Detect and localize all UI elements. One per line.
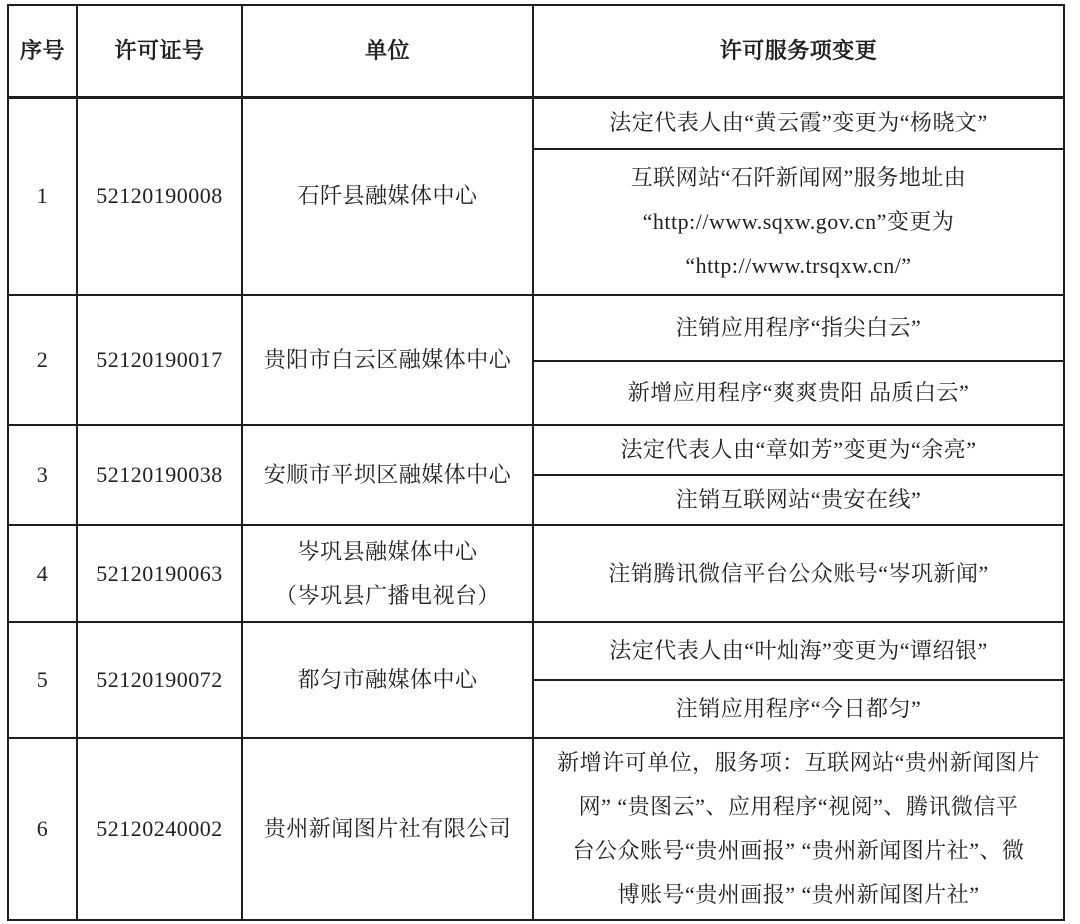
row-5-change-1: 法定代表人由“叶灿海”变更为“谭绍银” bbox=[533, 622, 1064, 680]
row-3-change-2: 注销互联网站“贵安在线” bbox=[533, 475, 1064, 525]
row-6-license: 52120240002 bbox=[77, 738, 242, 920]
table-row-6: 6 52120240002 贵州新闻图片社有限公司 新增许可单位，服务项：互联网… bbox=[8, 738, 1064, 920]
row-2-change-1: 注销应用程序“指尖白云” bbox=[533, 295, 1064, 361]
table-row-5: 5 52120190072 都匀市融媒体中心 法定代表人由“叶灿海”变更为“谭绍… bbox=[8, 622, 1064, 680]
row-2-no: 2 bbox=[8, 295, 77, 425]
row-2-license: 52120190017 bbox=[77, 295, 242, 425]
row-3-no: 3 bbox=[8, 425, 77, 525]
table-row-3: 3 52120190038 安顺市平坝区融媒体中心 法定代表人由“章如芳”变更为… bbox=[8, 425, 1064, 475]
header-license: 许可证号 bbox=[77, 5, 242, 97]
row-4-change-1: 注销腾讯微信平台公众账号“岑巩新闻” bbox=[533, 525, 1064, 622]
license-change-table: 序号 许可证号 单位 许可服务项变更 1 52120190008 石阡县融媒体中… bbox=[7, 4, 1065, 921]
row-1-change-2: 互联网站“石阡新闻网”服务地址由 “http://www.sqxw.gov.cn… bbox=[533, 149, 1064, 295]
row-6-unit: 贵州新闻图片社有限公司 bbox=[242, 738, 533, 920]
table-row-1: 1 52120190008 石阡县融媒体中心 法定代表人由“黄云霞”变更为“杨晓… bbox=[8, 97, 1064, 149]
row-3-license: 52120190038 bbox=[77, 425, 242, 525]
row-5-license: 52120190072 bbox=[77, 622, 242, 738]
table-row-2: 2 52120190017 贵阳市白云区融媒体中心 注销应用程序“指尖白云” bbox=[8, 295, 1064, 361]
row-5-change-2: 注销应用程序“今日都匀” bbox=[533, 680, 1064, 738]
header-unit: 单位 bbox=[242, 5, 533, 97]
table-row-4: 4 52120190063 岑巩县融媒体中心 （岑巩县广播电视台） 注销腾讯微信… bbox=[8, 525, 1064, 622]
header-changes: 许可服务项变更 bbox=[533, 5, 1064, 97]
row-1-unit: 石阡县融媒体中心 bbox=[242, 97, 533, 295]
row-2-change-2: 新增应用程序“爽爽贵阳 品质白云” bbox=[533, 361, 1064, 425]
row-1-no: 1 bbox=[8, 97, 77, 295]
row-6-no: 6 bbox=[8, 738, 77, 920]
row-4-no: 4 bbox=[8, 525, 77, 622]
row-5-unit: 都匀市融媒体中心 bbox=[242, 622, 533, 738]
row-3-change-1: 法定代表人由“章如芳”变更为“余亮” bbox=[533, 425, 1064, 475]
row-1-change-1: 法定代表人由“黄云霞”变更为“杨晓文” bbox=[533, 97, 1064, 149]
row-4-unit: 岑巩县融媒体中心 （岑巩县广播电视台） bbox=[242, 525, 533, 622]
header-no: 序号 bbox=[8, 5, 77, 97]
row-3-unit: 安顺市平坝区融媒体中心 bbox=[242, 425, 533, 525]
row-5-no: 5 bbox=[8, 622, 77, 738]
table-header-row: 序号 许可证号 单位 许可服务项变更 bbox=[8, 5, 1064, 97]
row-4-license: 52120190063 bbox=[77, 525, 242, 622]
row-2-unit: 贵阳市白云区融媒体中心 bbox=[242, 295, 533, 425]
row-1-license: 52120190008 bbox=[77, 97, 242, 295]
row-6-change-1: 新增许可单位，服务项：互联网站“贵州新闻图片 网” “贵图云”、应用程序“视阅”… bbox=[533, 738, 1064, 920]
